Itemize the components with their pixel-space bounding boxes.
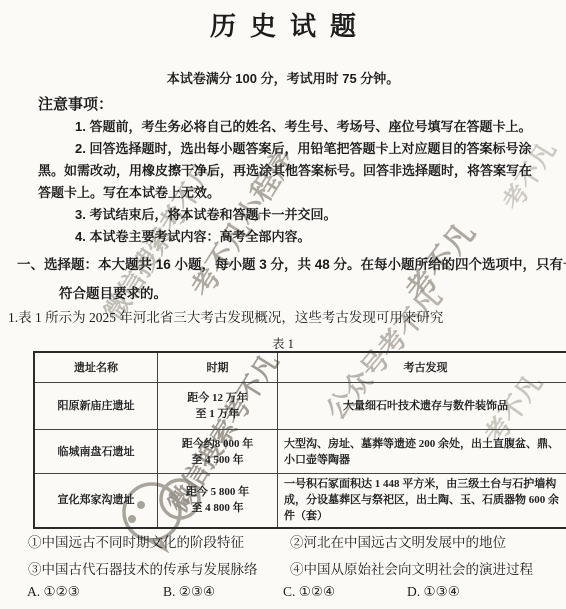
notice-heading: 注意事项： bbox=[38, 93, 113, 114]
notice-list: 1. 答题前，考生务必将自己的姓名、考生号、考场号、座位号填写在答题卡上。 2.… bbox=[38, 116, 550, 248]
notice-line: 2. 回答选择题时，选出每小题答案后，用铅笔把答题卡上对应题目的答案标号涂 bbox=[38, 138, 550, 160]
section-heading-line-2: 符合题目要求的。 bbox=[17, 279, 557, 308]
table-header-row: 遗址名称 时期 考古发现 bbox=[34, 352, 566, 383]
archaeology-table: 遗址名称 时期 考古发现 阳原新庙庄遗址 距今 12 万年 至 1 万年 大量细… bbox=[33, 351, 566, 529]
exam-page: 微信搜索考不凡 考不凡小程序 考不凡 考不凡 微信搜索考不凡 公众号考不凡 考不… bbox=[0, 0, 566, 609]
statement-3: ③中国古代石器技术的传承与发展脉络 bbox=[28, 558, 258, 578]
site-period: 距今 12 万年 至 1 万年 bbox=[158, 383, 278, 430]
table-row: 阳原新庙庄遗址 距今 12 万年 至 1 万年 大量细石叶技术遗存与数件装饰品 bbox=[34, 383, 566, 430]
question-stem: 1.表 1 所示为 2025 年河北省三大考古发现概况，这些考古发现可用来研究 bbox=[8, 306, 443, 326]
period-line: 至 4 500 年 bbox=[164, 452, 271, 468]
notice-line: 黑。如需改动，用橡皮擦干净后，再选涂其他答案标号。回答非选择题时，将答案写在 bbox=[38, 160, 550, 182]
site-finding: 大型沟、房址、墓葬等遗迹 200 余处，出土直腹盆、鼎、小口壶等陶器 bbox=[278, 430, 566, 474]
period-line: 距今 12 万年 bbox=[164, 390, 271, 406]
table-header-finding: 考古发现 bbox=[278, 352, 566, 383]
site-finding: 一号积石冢面积达 1 448 平方米，由三级土台与石护墙构成，分设墓葬区与祭祀区… bbox=[278, 474, 566, 528]
period-line: 距今约8 000 年 bbox=[164, 436, 271, 452]
table-header-period: 时期 bbox=[158, 352, 278, 383]
section-heading: 一、选择题：本大题共 16 小题，每小题 3 分，共 48 分。在每小题所给的四… bbox=[17, 250, 557, 308]
period-line: 至 1 万年 bbox=[164, 406, 271, 422]
notice-line: 答题卡上。写在本试卷上无效。 bbox=[38, 182, 550, 204]
site-period: 距今约8 000 年 至 4 500 年 bbox=[158, 430, 278, 474]
site-period: 距今 5 800 年 至 4 800 年 bbox=[158, 474, 278, 528]
table-caption: 表 1 bbox=[33, 334, 533, 352]
table-row: 临城南盘石遗址 距今约8 000 年 至 4 500 年 大型沟、房址、墓葬等遗… bbox=[34, 430, 566, 474]
statement-1: ①中国远古不同时期文化的阶段特征 bbox=[28, 531, 244, 551]
choice-c: C. ①②④ bbox=[283, 584, 335, 600]
table-row: 宣化郑家沟遗址 距今 5 800 年 至 4 800 年 一号积石冢面积达 1 … bbox=[34, 474, 566, 528]
statement-2: ②河北在中国远古文明发展中的地位 bbox=[290, 531, 506, 551]
site-name: 宣化郑家沟遗址 bbox=[34, 474, 158, 528]
section-heading-line-1: 一、选择题：本大题共 16 小题，每小题 3 分，共 48 分。在每小题所给的四… bbox=[17, 250, 557, 279]
period-line: 至 4 800 年 bbox=[164, 500, 271, 516]
site-name: 临城南盘石遗址 bbox=[34, 430, 158, 474]
site-name: 阳原新庙庄遗址 bbox=[34, 383, 158, 430]
notice-line: 3. 考试结束后，将本试卷和答题卡一并交回。 bbox=[38, 204, 550, 226]
choice-b: B. ②③④ bbox=[163, 584, 215, 600]
choice-a: A. ①②③ bbox=[27, 584, 80, 600]
notice-line: 4. 本试卷主要考试内容：高考全部内容。 bbox=[38, 226, 550, 248]
page-title: 历史试题 bbox=[0, 6, 566, 43]
statement-4: ④中国从原始社会向文明社会的演进过程 bbox=[290, 558, 533, 578]
period-line: 距今 5 800 年 bbox=[164, 484, 271, 500]
notice-line: 1. 答题前，考生务必将自己的姓名、考生号、考场号、座位号填写在答题卡上。 bbox=[38, 116, 550, 138]
site-finding: 大量细石叶技术遗存与数件装饰品 bbox=[278, 383, 566, 430]
exam-info: 本试卷满分 100 分，考试用时 75 分钟。 bbox=[0, 68, 566, 87]
choice-d: D. ①③④ bbox=[407, 584, 460, 600]
table-header-site: 遗址名称 bbox=[34, 352, 158, 383]
